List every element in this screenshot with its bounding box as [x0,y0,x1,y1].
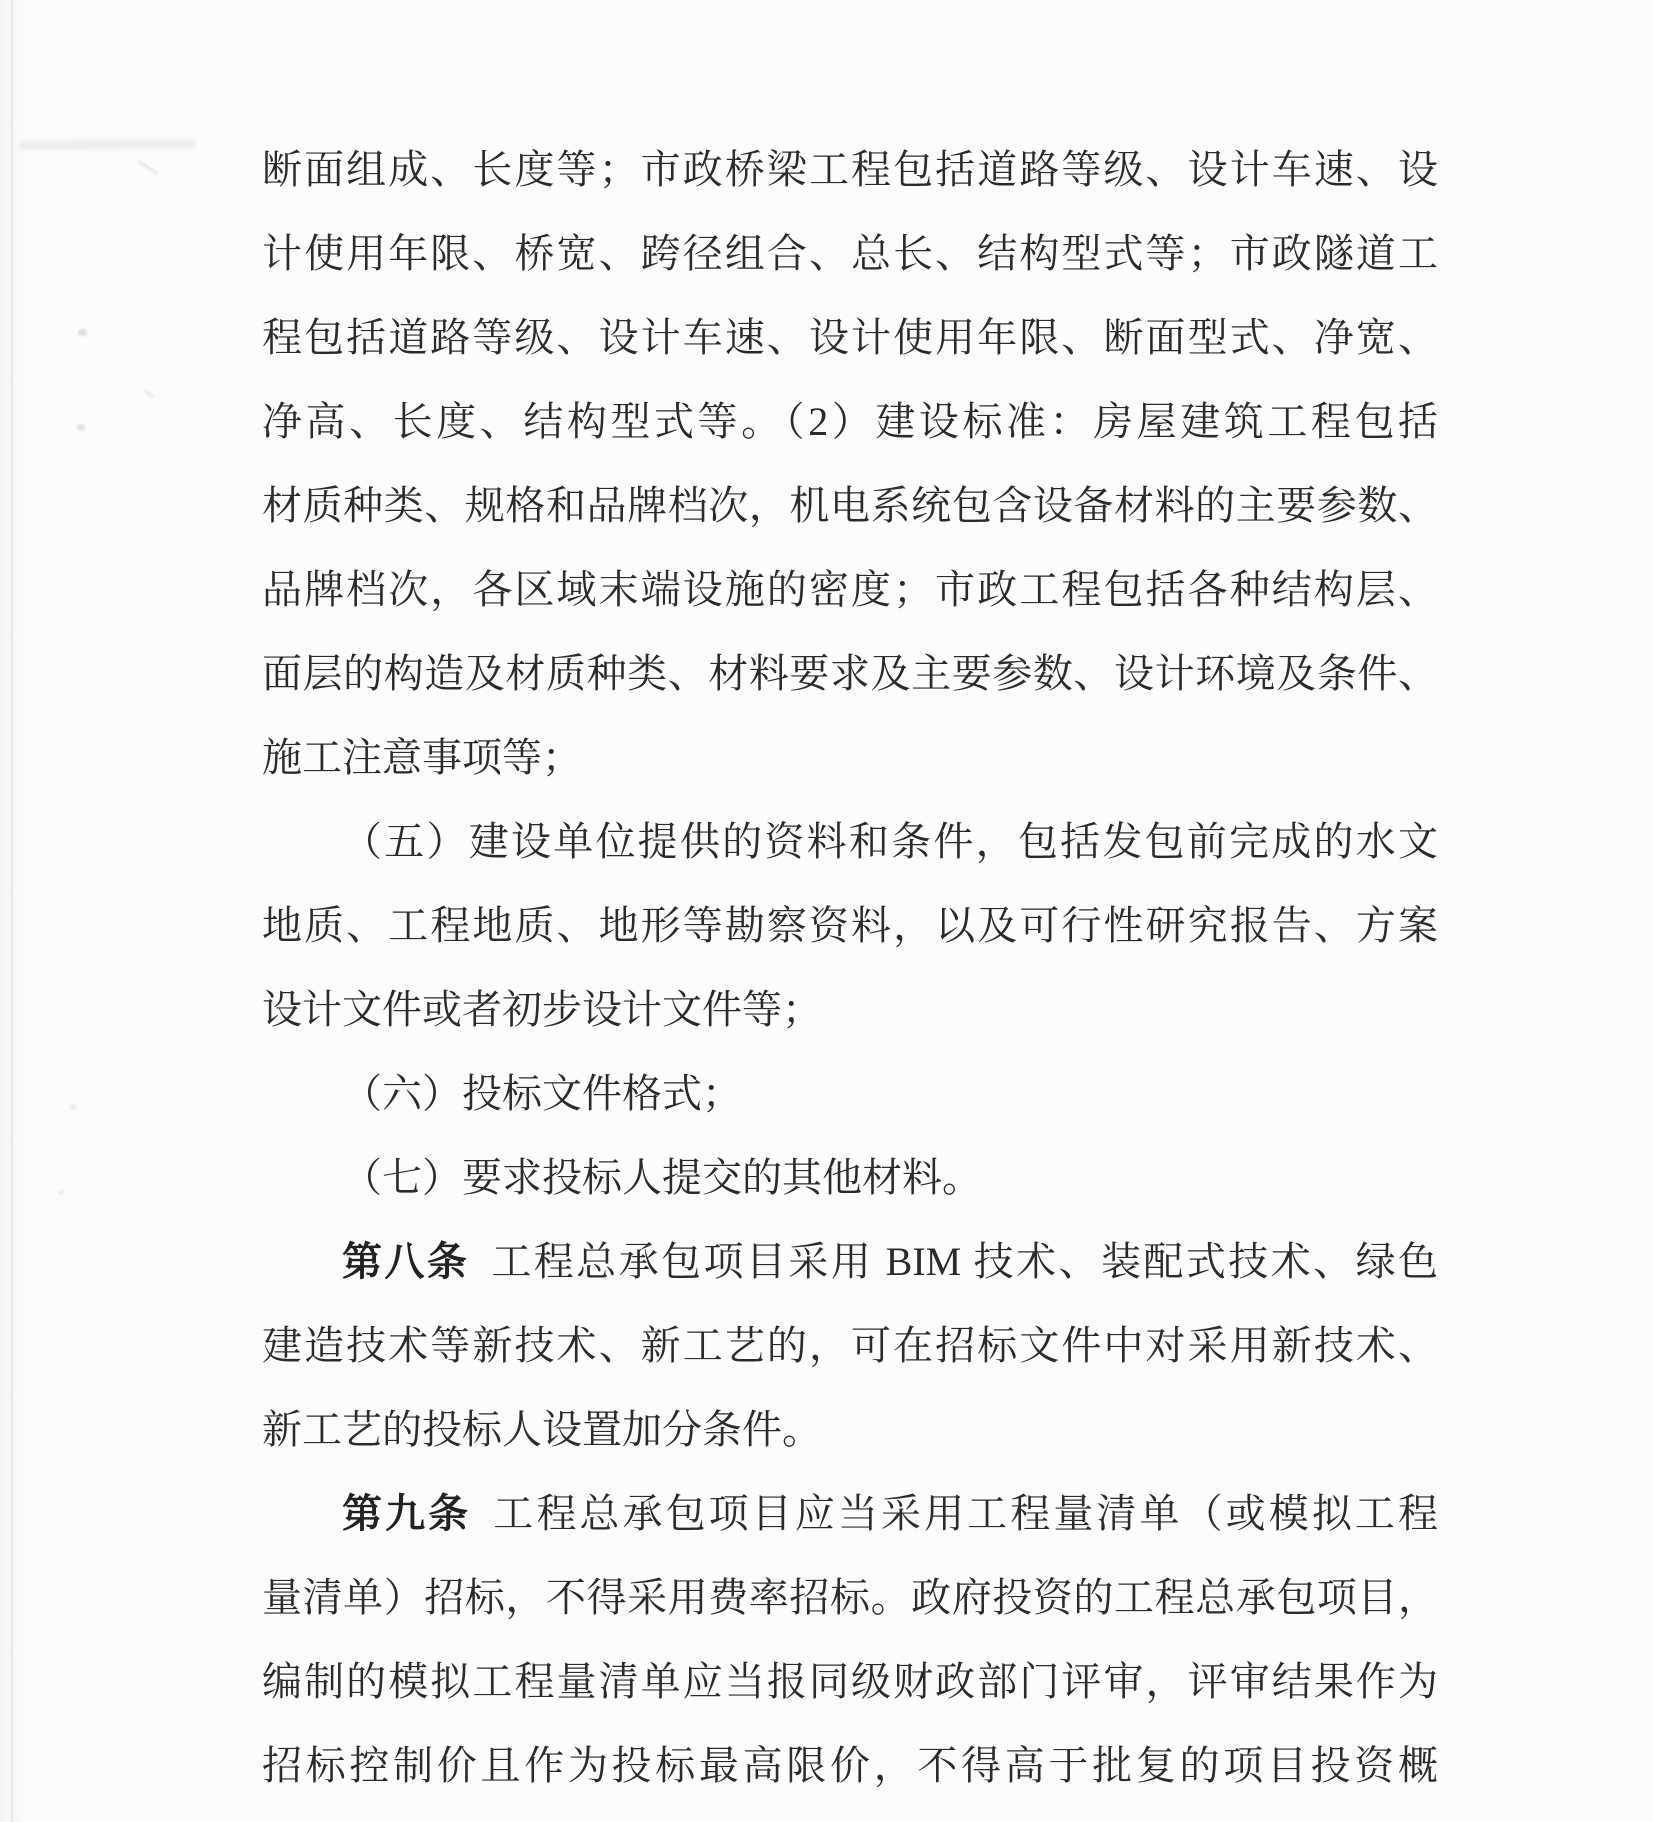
scan-speckle [58,1190,65,1195]
text-line: 程包括道路等级、设计车速、设计使用年限、断面型式、净宽、 [262,296,1438,380]
text-line: 施工注意事项等； [262,716,1438,800]
scanned-document-page: 断面组成、长度等；市政桥梁工程包括道路等级、设计车速、设计使用年限、桥宽、跨径组… [0,0,1653,1822]
text-line: 编制的模拟工程量清单应当报同级财政部门评审，评审结果作为 [262,1640,1438,1724]
text-line: 第八条工程总承包项目采用 BIM 技术、装配式技术、绿色 [262,1220,1438,1304]
scan-edge-shade [0,0,26,1822]
article-number-label: 第九条 [342,1492,471,1536]
scan-edge-line [11,0,13,1822]
text-line: 净高、长度、结构型式等。（2）建设标准：房屋建筑工程包括 [262,380,1438,464]
text-line: 品牌档次，各区域末端设施的密度；市政工程包括各种结构层、 [262,548,1438,632]
text-line: 设计文件或者初步设计文件等； [262,968,1438,1052]
text-line: 面层的构造及材质种类、材料要求及主要参数、设计环境及条件、 [262,632,1438,716]
text-line: 计使用年限、桥宽、跨径组合、总长、结构型式等；市政隧道工 [262,212,1438,296]
text-line: 建造技术等新技术、新工艺的，可在招标文件中对采用新技术、 [262,1304,1438,1388]
text-line: 材质种类、规格和品牌档次，机电系统包含设备材料的主要参数、 [262,464,1438,548]
text-line: 断面组成、长度等；市政桥梁工程包括道路等级、设计车速、设 [262,128,1438,212]
text-line: 招标控制价且作为投标最高限价，不得高于批复的项目投资概 [262,1724,1438,1808]
text-line: 量清单）招标，不得采用费率招标。政府投资的工程总承包项目， [262,1556,1438,1640]
document-text: 断面组成、长度等；市政桥梁工程包括道路等级、设计车速、设计使用年限、桥宽、跨径组… [262,128,1438,1808]
scan-speckle [143,389,155,400]
article-number-label: 第八条 [342,1240,469,1284]
scan-speckle [78,329,87,336]
text-line: 地质、工程地质、地形等勘察资料，以及可行性研究报告、方案 [262,884,1438,968]
scan-speckle [70,1104,77,1110]
text-line: （五）建设单位提供的资料和条件，包括发包前完成的水文 [262,800,1438,884]
text-line: 新工艺的投标人设置加分条件。 [262,1388,1438,1472]
scan-tick-mark [137,160,159,175]
scan-smudge-streak [18,139,196,150]
text-line: （七）要求投标人提交的其他材料。 [262,1136,1438,1220]
scan-speckle [77,424,85,431]
text-line: 第九条工程总承包项目应当采用工程量清单（或模拟工程 [262,1472,1438,1556]
text-line: （六）投标文件格式； [262,1052,1438,1136]
